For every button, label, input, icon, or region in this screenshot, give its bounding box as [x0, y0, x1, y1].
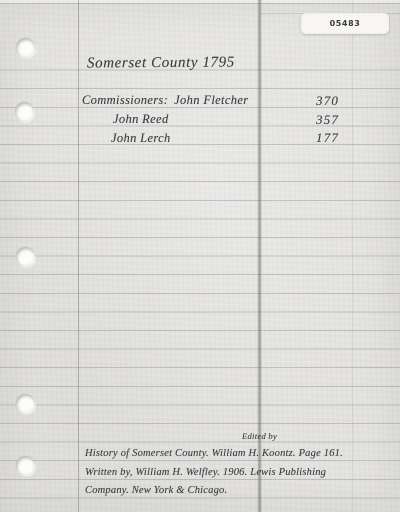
citation-insertion: Edited by	[242, 431, 277, 441]
vote-count: 357	[316, 112, 339, 128]
catalog-number: 05483	[330, 19, 361, 28]
commissioner-name: John Fletcher	[174, 93, 248, 107]
faint-fold-line	[352, 0, 353, 512]
commissioner-name: John Lerch	[111, 131, 171, 145]
role-label: Commissioners:	[82, 93, 168, 107]
punch-hole	[16, 456, 35, 475]
commissioner-name: John Reed	[113, 112, 169, 126]
citation-line: Company. New York & Chicago.	[85, 485, 227, 496]
commissioner-row: John Lerch	[111, 131, 171, 146]
catalog-number-label: 05483	[301, 13, 389, 34]
page-top-edge-line	[0, 3, 400, 4]
punch-hole	[16, 247, 35, 266]
scanned-notebook-page: 05483 Somerset County 1795 Commissioners…	[0, 0, 400, 512]
page-title: Somerset County 1795	[87, 54, 235, 72]
punch-hole	[16, 38, 35, 57]
left-margin-line	[78, 0, 79, 512]
citation-line: History of Somerset County. William H. K…	[85, 448, 343, 459]
vote-count: 370	[316, 93, 339, 109]
punch-hole	[15, 102, 34, 121]
commissioner-row: John Reed	[113, 112, 169, 127]
commissioner-row: Commissioners:John Fletcher	[82, 93, 248, 108]
punch-hole	[16, 394, 35, 413]
vote-count: 177	[316, 130, 339, 146]
ruled-lines	[0, 52, 400, 512]
citation-line: Written by, William H. Welfley. 1906. Le…	[85, 467, 326, 478]
